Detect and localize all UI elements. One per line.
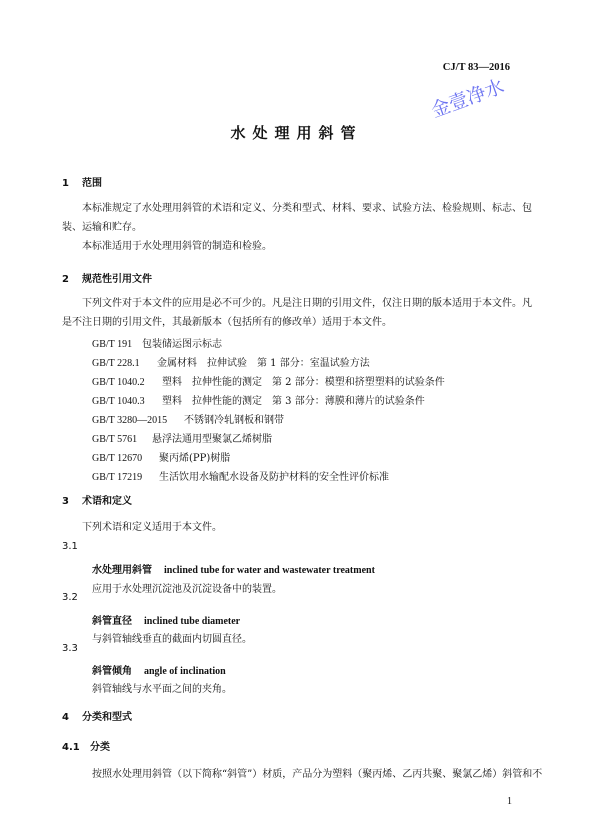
reference-item: GB/T 3280—2015不锈钢冷轧钢板和钢带: [92, 411, 284, 426]
subsection-heading-classification: 4.1分类: [62, 738, 110, 753]
term-number: 3.3: [62, 643, 78, 654]
section-title: 规范性引用文件: [82, 274, 152, 285]
term-number: 3.2: [62, 592, 78, 603]
reference-item: GB/T 17219生活饮用水输配水设备及防护材料的安全性评价标准: [92, 468, 389, 483]
reference-item: GB/T 1040.3塑料 拉伸性能的测定 第 3 部分：薄膜和薄片的试验条件: [92, 392, 425, 407]
section-title: 分类和型式: [82, 712, 132, 723]
term-definition: 与斜管轴线垂直的截面内切圆直径。: [92, 630, 252, 645]
section-heading-normative-references: 2规范性引用文件: [62, 270, 152, 285]
term-title: 斜管倾角angle of inclination: [92, 662, 226, 677]
section-title: 术语和定义: [82, 496, 132, 507]
reference-item: GB/T 1040.2塑料 拉伸性能的测定 第 2 部分：模塑和挤塑塑料的试验条…: [92, 373, 445, 388]
scope-paragraph-2: 本标准适用于水处理用斜管的制造和检验。: [62, 237, 536, 256]
references-intro: 下列文件对于本文件的应用是必不可少的。凡是注日期的引用文件，仅注日期的版本适用于…: [62, 294, 536, 332]
page-number: 1: [507, 796, 512, 807]
section-number: 1: [62, 178, 82, 189]
term-number: 3.1: [62, 541, 78, 552]
section-heading-classification: 4分类和型式: [62, 708, 132, 723]
section-number: 4: [62, 712, 82, 723]
section-number: 3: [62, 496, 82, 507]
section-number: 2: [62, 274, 82, 285]
term-title: 水处理用斜管inclined tube for water and wastew…: [92, 561, 375, 576]
reference-item: GB/T 228.1金属材料 拉伸试验 第 1 部分：室温试验方法: [92, 354, 370, 369]
reference-item: GB/T 191包装储运图示标志: [92, 335, 222, 350]
term-title: 斜管直径inclined tube diameter: [92, 612, 240, 627]
scope-paragraph-1: 本标准规定了水处理用斜管的术语和定义、分类和型式、材料、要求、试验方法、检验规则…: [62, 199, 536, 237]
reference-item: GB/T 5761悬浮法通用型聚氯乙烯树脂: [92, 430, 272, 445]
term-definition: 应用于水处理沉淀池及沉淀设备中的装置。: [92, 580, 282, 595]
section-heading-scope: 1范围: [62, 174, 102, 189]
document-title: 水处理用斜管: [0, 122, 593, 143]
subsection-number: 4.1: [62, 742, 90, 753]
reference-item: GB/T 12670聚丙烯(PP)树脂: [92, 449, 230, 464]
term-definition: 斜管轴线与水平面之间的夹角。: [92, 680, 232, 695]
standard-code: CJ/T 83—2016: [443, 62, 510, 73]
terms-intro: 下列术语和定义适用于本文件。: [62, 518, 536, 537]
subsection-title: 分类: [90, 742, 110, 753]
section-heading-terms: 3术语和定义: [62, 492, 132, 507]
classification-paragraph: 按照水处理用斜管（以下简称“斜管”）材质，产品分为塑料（聚丙烯、乙丙共聚、聚氯乙…: [92, 765, 542, 780]
section-title: 范围: [82, 178, 102, 189]
watermark-stamp: 金壹净水: [427, 72, 508, 123]
